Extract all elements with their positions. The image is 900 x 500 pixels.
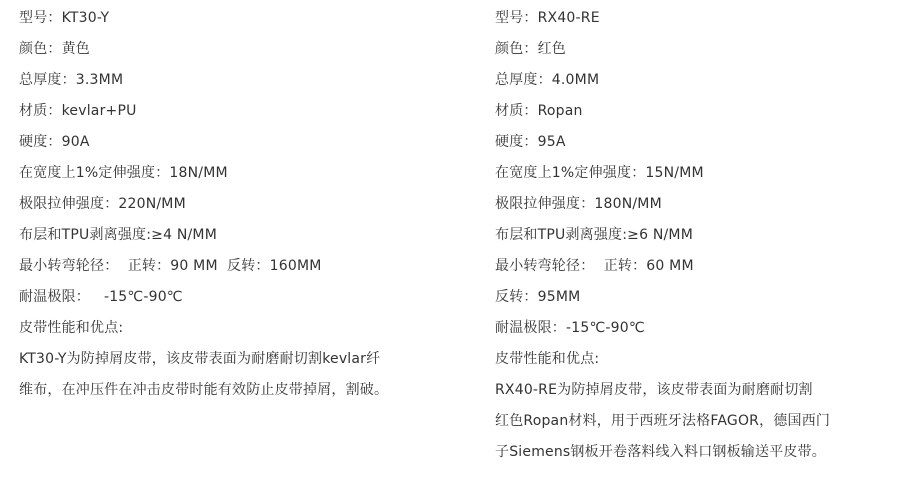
product-spec-kt30-y: 型号：KT30-Y 颜色：黄色 总厚度：3.3MM 材质：kevlar+PU 硬… bbox=[19, 3, 489, 406]
spec-peel-strength: 布层和TPU剥离强度:≥4 N/MM bbox=[19, 220, 489, 251]
spec-tensile-strength: 极限拉伸强度：220N/MM bbox=[19, 189, 489, 220]
spec-elongation-strength: 在宽度上1%定伸强度：18N/MM bbox=[19, 158, 489, 189]
spec-description-line-2: 维布，在冲压件在冲击皮带时能有效防止皮带掉屑，割破。 bbox=[19, 375, 489, 406]
spec-description-line-1: KT30-Y为防掉屑皮带，该皮带表面为耐磨耐切割kevlar纤 bbox=[19, 344, 489, 375]
spec-elongation-strength: 在宽度上1%定伸强度：15N/MM bbox=[495, 158, 900, 189]
spec-features-heading: 皮带性能和优点: bbox=[19, 313, 489, 344]
spec-min-pulley-diameter: 最小转弯轮径： 正转：90 MM 反转：160MM bbox=[19, 251, 489, 282]
spec-model: 型号：KT30-Y bbox=[19, 3, 489, 34]
spec-hardness: 硬度：90A bbox=[19, 127, 489, 158]
spec-temperature-range: 耐温极限：-15℃-90℃ bbox=[495, 313, 900, 344]
spec-description-line-2: 红色Ropan材料，用于西班牙法格FAGOR，德国西门 bbox=[495, 406, 900, 437]
spec-material: 材质：Ropan bbox=[495, 96, 900, 127]
spec-temperature-range: 耐温极限： -15℃-90℃ bbox=[19, 282, 489, 313]
spec-min-pulley-reverse: 反转：95MM bbox=[495, 282, 900, 313]
spec-min-pulley-forward: 最小转弯轮径： 正转：60 MM bbox=[495, 251, 900, 282]
spec-color: 颜色：黄色 bbox=[19, 34, 489, 65]
spec-color: 颜色：红色 bbox=[495, 34, 900, 65]
spec-peel-strength: 布层和TPU剥离强度:≥6 N/MM bbox=[495, 220, 900, 251]
product-spec-rx40-re: 型号：RX40-RE 颜色：红色 总厚度：4.0MM 材质：Ropan 硬度：9… bbox=[495, 3, 900, 468]
spec-thickness: 总厚度：3.3MM bbox=[19, 65, 489, 96]
spec-description-line-1: RX40-RE为防掉屑皮带，该皮带表面为耐磨耐切割 bbox=[495, 375, 900, 406]
spec-model: 型号：RX40-RE bbox=[495, 3, 900, 34]
spec-material: 材质：kevlar+PU bbox=[19, 96, 489, 127]
spec-features-heading: 皮带性能和优点: bbox=[495, 344, 900, 375]
spec-description-line-3: 子Siemens钢板开卷落料线入料口钢板输送平皮带。 bbox=[495, 437, 900, 468]
spec-tensile-strength: 极限拉伸强度：180N/MM bbox=[495, 189, 900, 220]
spec-thickness: 总厚度：4.0MM bbox=[495, 65, 900, 96]
spec-hardness: 硬度：95A bbox=[495, 127, 900, 158]
